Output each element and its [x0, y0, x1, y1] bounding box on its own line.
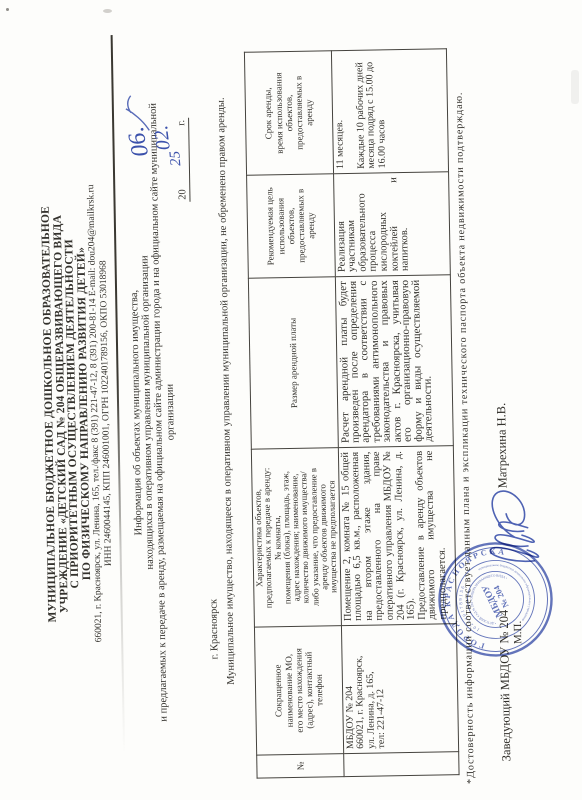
header-org: Сокращенное наименование МО, его место н…	[254, 626, 343, 755]
handwriting-flourish	[123, 92, 154, 133]
cell-num	[343, 752, 458, 777]
cell-purpose: Реализация участникам образовательного п…	[333, 172, 450, 277]
date-printed-g: г.	[176, 120, 187, 126]
property-table: № Сокращенное наименование МО, его место…	[244, 48, 459, 778]
header-characteristics: Характеристика объектов, предполагаемых …	[251, 448, 341, 627]
cell-characteristics-p1: Помещение 2, комната № 15 общей площадью…	[341, 451, 418, 621]
city-label: г. Красноярск	[208, 599, 220, 660]
letterhead: МУНИЦИПАЛЬНОЕ БЮДЖЕТНОЕ ДОШКОЛЬНОЕ ОБРАЗ…	[38, 53, 119, 774]
date-printed-20: 20	[177, 189, 188, 200]
header-rent: Размер арендной платы	[248, 277, 338, 449]
cell-term: 11 месяцев. Каждые 10 рабочих дней месяц…	[331, 49, 448, 174]
scanned-page: МУНИЦИПАЛЬНОЕ БЮДЖЕТНОЕ ДОШКОЛЬНОЕ ОБРАЗ…	[0, 0, 582, 800]
table-header-row: № Сокращенное наименование МО, его место…	[244, 51, 343, 778]
header-num: №	[257, 754, 344, 779]
handwritten-year: 25	[167, 150, 185, 166]
rotated-document: МУНИЦИПАЛЬНОЕ БЮДЖЕТНОЕ ДОШКОЛЬНОЕ ОБРАЗ…	[0, 0, 582, 800]
signature-name: Матрехина Н.В.	[494, 403, 510, 489]
cell-rent: Расчет арендной платы будет произведен п…	[335, 275, 453, 448]
header-term: Срок аренды, время использования объекто…	[244, 51, 333, 175]
table-data-row: МБДОУ № 204 660021, г. Красноярск, ул. Л…	[331, 49, 459, 777]
handwritten-month: 02.	[150, 124, 176, 152]
header-purpose: Рекомендуемая цель использования объекто…	[247, 174, 335, 278]
round-stamp: ГОРОДА КРАСНОЯРСКА 1022401789156 муницип…	[434, 538, 556, 660]
